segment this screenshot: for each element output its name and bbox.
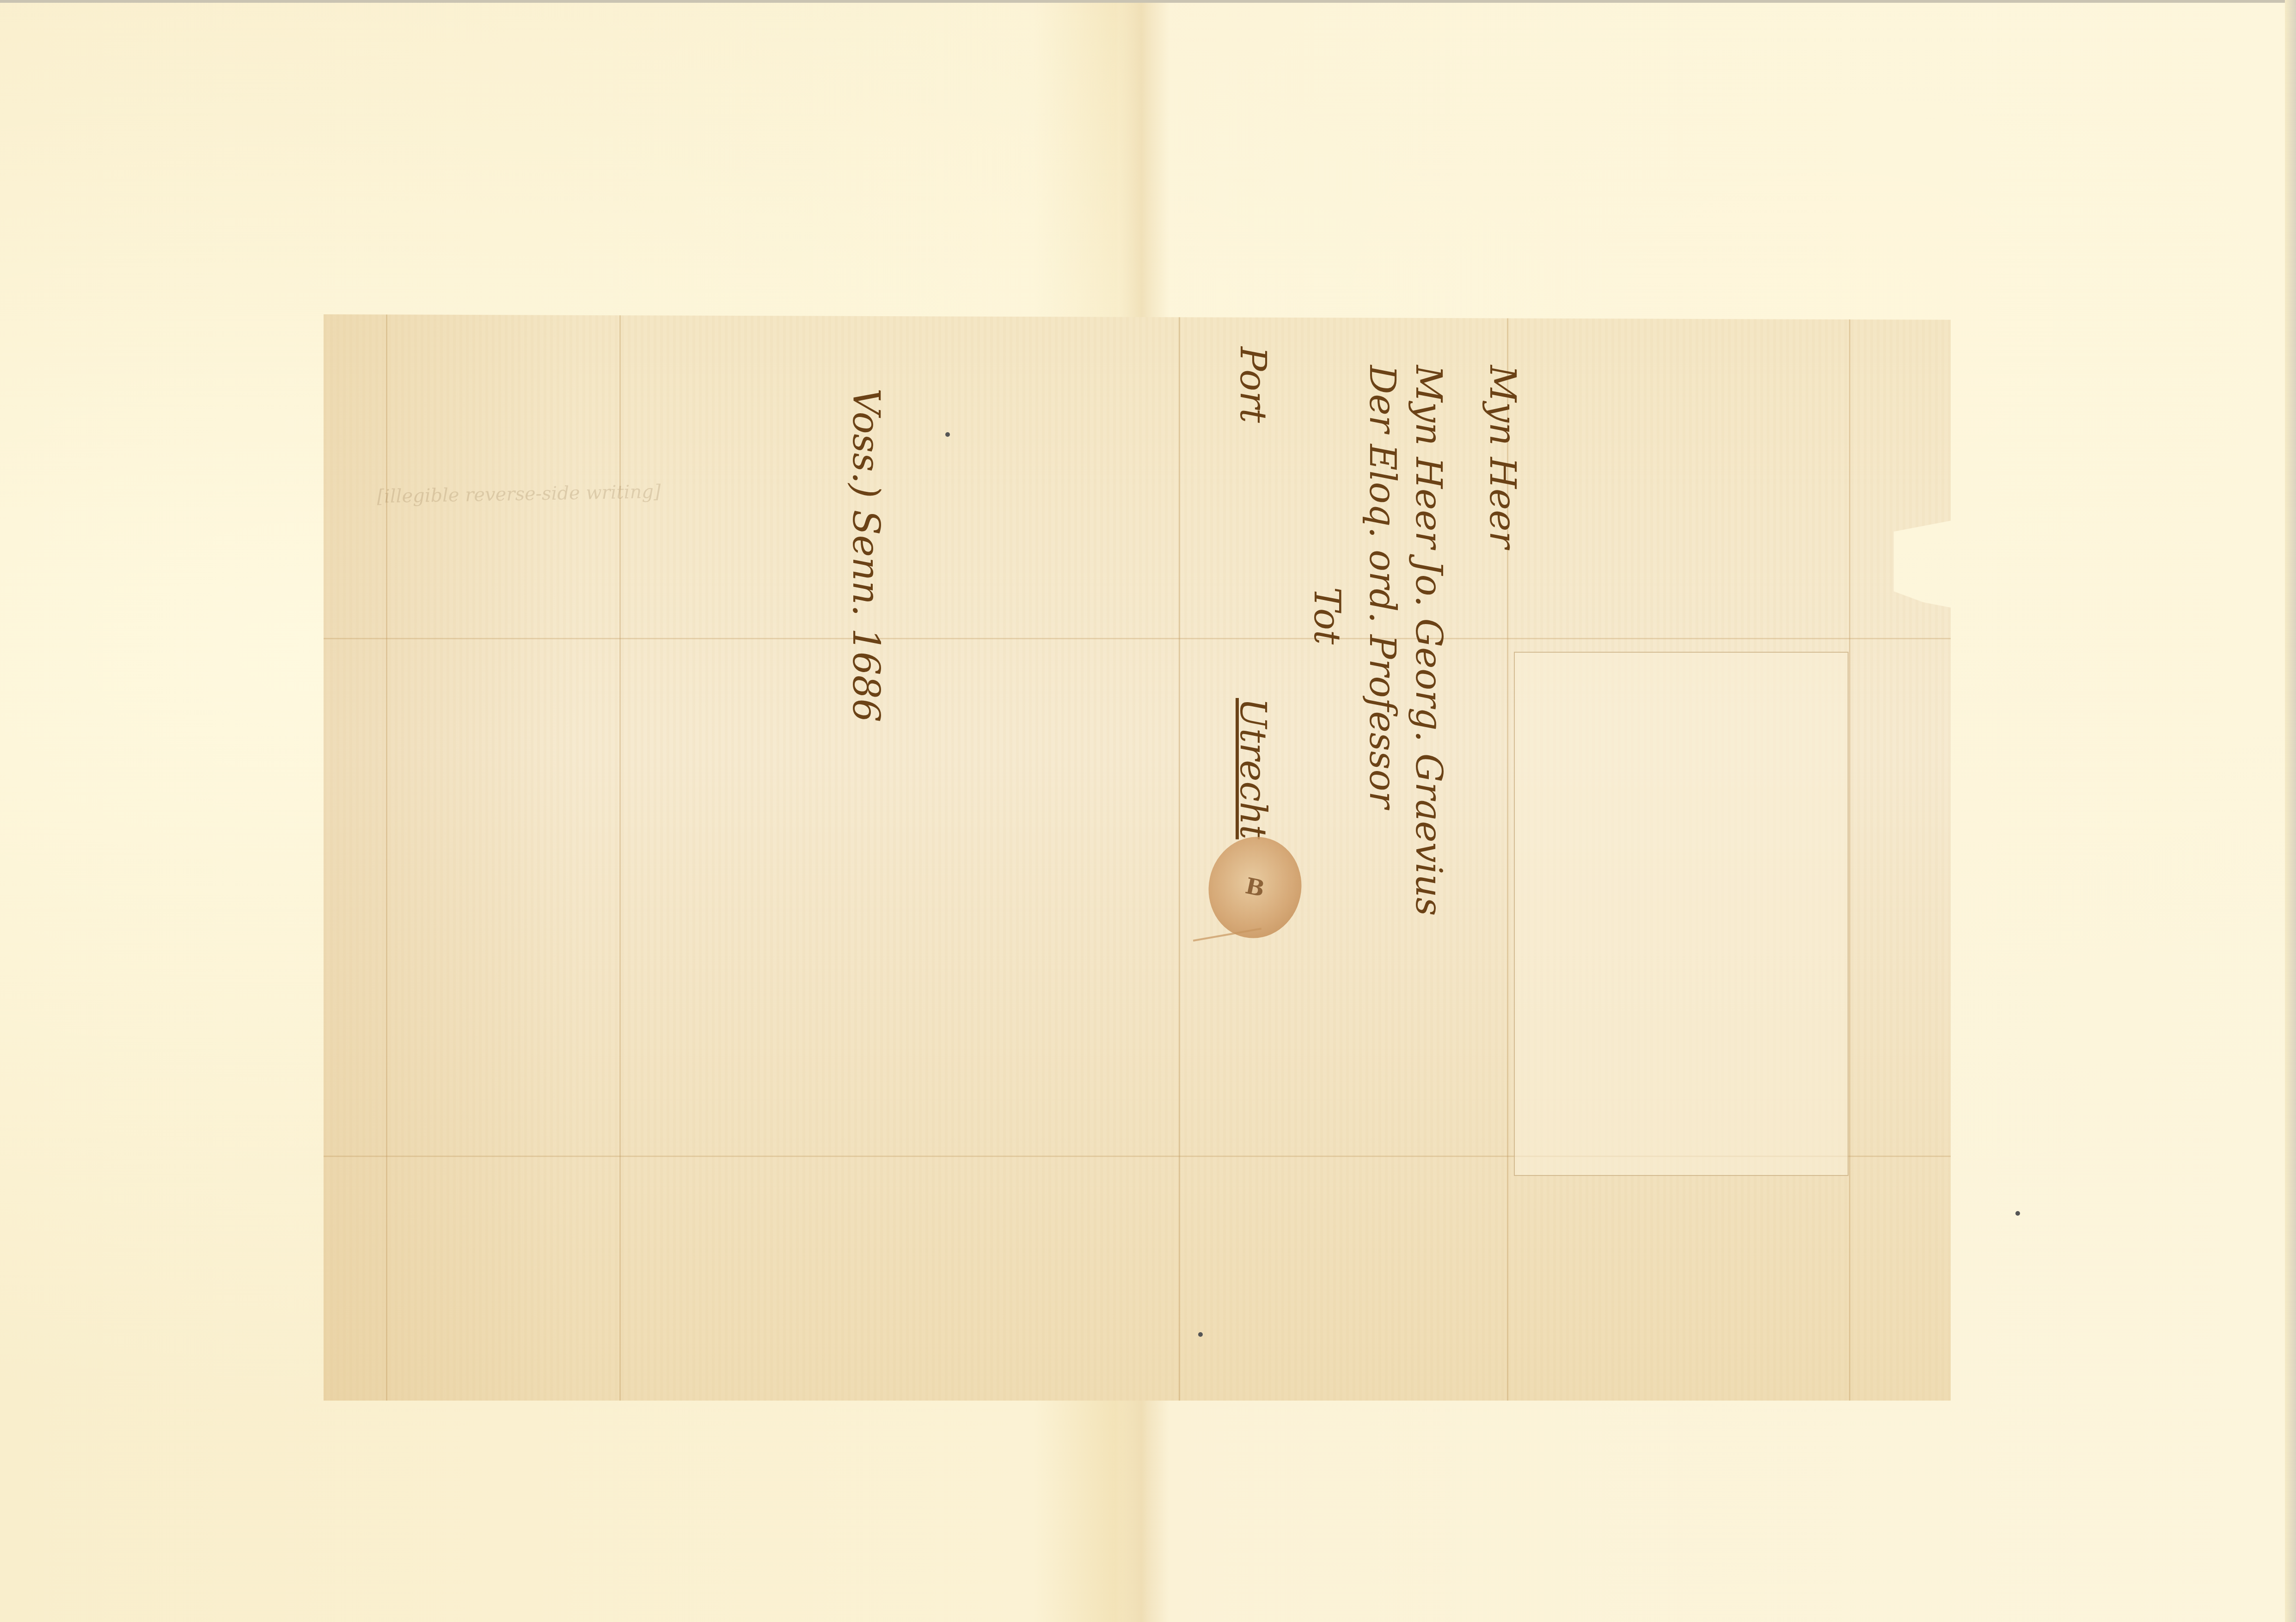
speck <box>1198 1332 1203 1337</box>
fold-line <box>386 314 387 1401</box>
address-panel <box>1514 652 1849 1176</box>
address-line-3: Tot <box>1306 587 1347 644</box>
docket-note: Voss.) Senn. 1686 <box>845 388 888 722</box>
address-line-4: Utrecht <box>1232 698 1274 839</box>
speck <box>2015 1211 2020 1216</box>
speck <box>945 432 950 437</box>
letter-sheet: [illegible reverse-side writing] <box>324 314 1951 1401</box>
fold-line <box>1849 314 1850 1401</box>
address-line-1: Myn Heer Jo. Georg. Graevius <box>1408 365 1449 916</box>
address-block: Myn Heer Myn Heer Jo. Georg. Graevius De… <box>1181 337 1532 864</box>
address-line-2: Der Eloq. ord. Professor <box>1361 365 1403 808</box>
bleed-through-text: [illegible reverse-side writing] <box>377 470 1098 760</box>
fold-line <box>619 314 621 1401</box>
fold-line <box>1179 314 1180 1401</box>
scan-right-edge <box>2285 0 2296 1622</box>
scan-top-edge <box>0 0 2296 3</box>
postal-note: Port <box>1232 347 1274 423</box>
salutation: Myn Heer <box>1482 365 1523 549</box>
